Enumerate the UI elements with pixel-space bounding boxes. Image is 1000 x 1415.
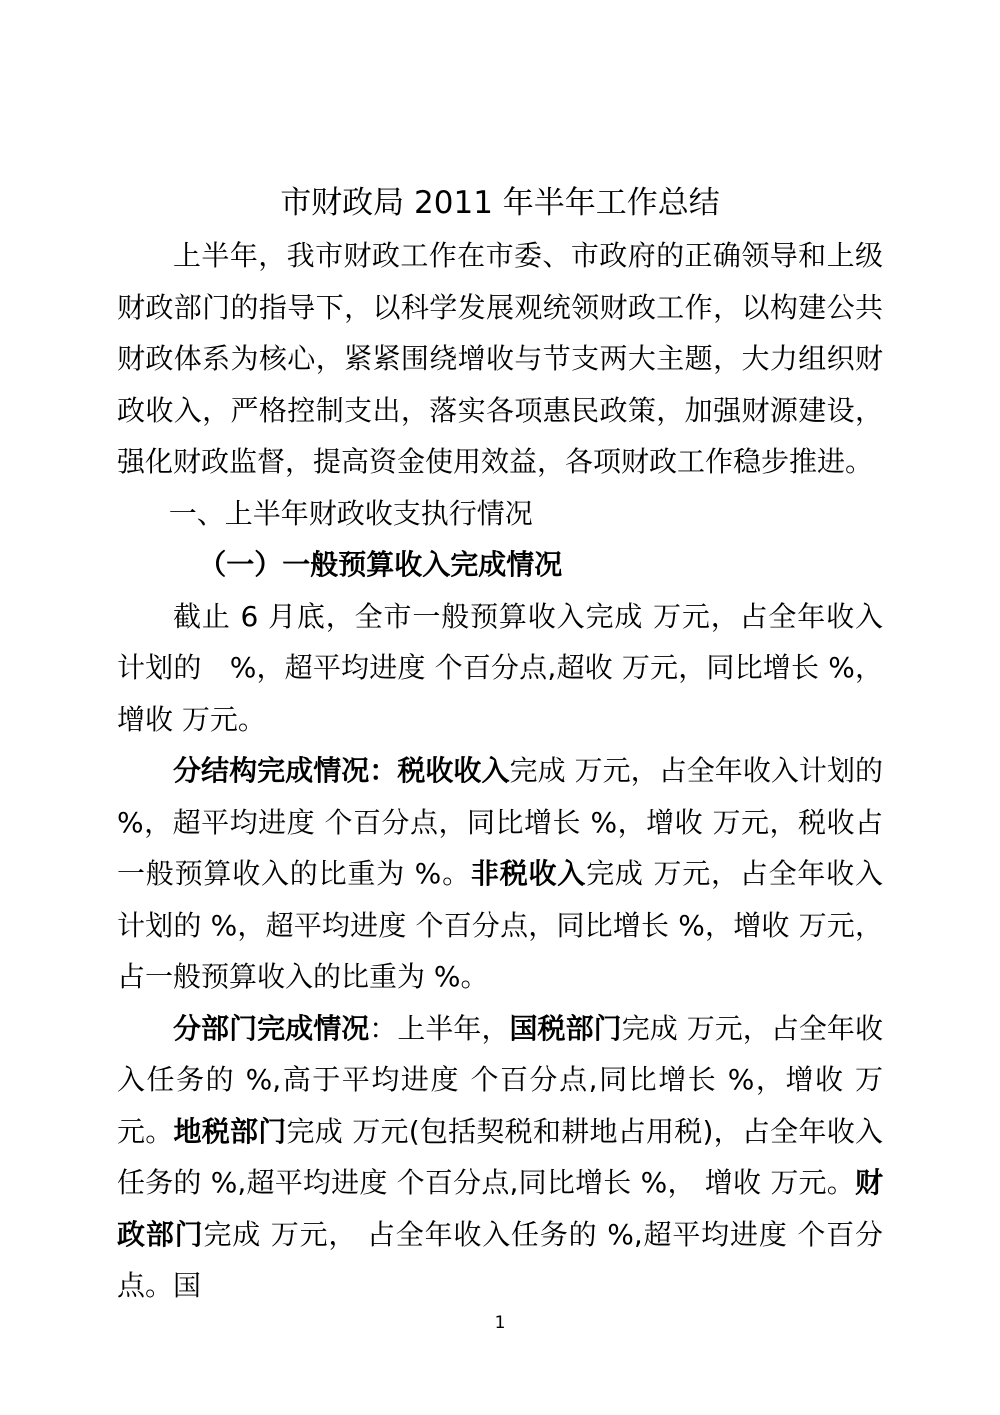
document-title: 市财政局 2011 年半年工作总结 [117,176,883,230]
text-run: 截止 6 月底，全市一般预算收入完成 万元，占全年收入计划的 %，超平均进度 个… [117,600,883,736]
section-heading-1: 一、上半年财政收支执行情况 [117,488,883,540]
subsection-heading-1: （一）一般预算收入完成情况 [117,539,883,591]
text-run-bold: 分部门完成情况 [173,1012,369,1045]
text-run-bold: 地税部门 [174,1115,287,1148]
text-run: 完成 万元， 占全年收入任务的 %,超平均进度 个百分点。国 [117,1218,883,1303]
text-run: 一、上半年财政收支执行情况 [169,497,533,530]
text-run: ：上半年， [369,1012,509,1045]
text-run-bold: （一）一般预算收入完成情况 [198,548,562,581]
paragraph-by-department: 分部门完成情况：上半年，国税部门完成 万元，占全年收入任务的 %,高于平均进度 … [117,1003,883,1312]
text-run-bold: 国税部门 [510,1012,622,1045]
paragraph-general-budget: 截止 6 月底，全市一般预算收入完成 万元，占全年收入计划的 %，超平均进度 个… [117,591,883,746]
text-run: 上半年，我市财政工作在市委、市政府的正确领导和上级财政部门的指导下，以科学发展观… [117,239,883,478]
text-run-bold: 非税收入 [471,857,586,890]
document-paragraphs: 上半年，我市财政工作在市委、市政府的正确领导和上级财政部门的指导下，以科学发展观… [117,230,883,1312]
paragraph-intro: 上半年，我市财政工作在市委、市政府的正确领导和上级财政部门的指导下，以科学发展观… [117,230,883,488]
text-run-bold: 分结构完成情况：税收收入 [173,754,510,787]
page-number: 1 [0,1313,1000,1333]
paragraph-by-structure: 分结构完成情况：税收收入完成 万元，占全年收入计划的 %，超平均进度 个百分点，… [117,745,883,1003]
document-content: 市财政局 2011 年半年工作总结 上半年，我市财政工作在市委、市政府的正确领导… [117,176,883,1312]
document-page: 市财政局 2011 年半年工作总结 上半年，我市财政工作在市委、市政府的正确领导… [0,0,1000,1415]
